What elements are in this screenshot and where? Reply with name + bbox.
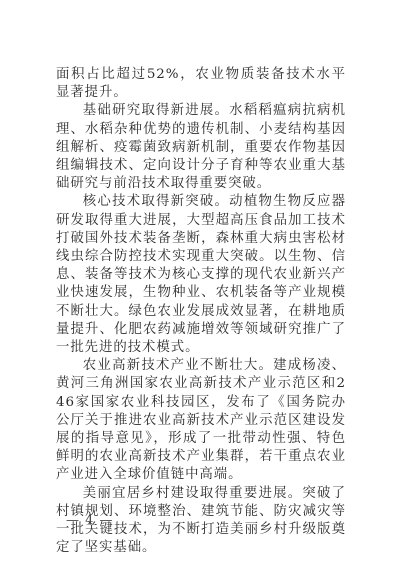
paragraph-core-technology: 核心技术取得新突破。动植物生物反应器研发取得重大进展，大型超高压食品加工技术打破… [56,193,346,357]
paragraph-basic-research: 基础研究取得新进展。水稻稻瘟病抗病机理、水稻杂种优势的遗传机制、小麦结构基因组解… [56,102,346,193]
paragraph-continuation: 面积占比超过52%，农业物质装备技术水平显著提升。 [56,66,346,102]
document-body: 面积占比超过52%，农业物质装备技术水平显著提升。 基础研究取得新进展。水稻稻瘟… [56,66,346,557]
page-number: — 4 — [66,513,114,528]
paragraph-high-tech-industry: 农业高新技术产业不断壮大。建成杨凌、黄河三角洲国家农业高新技术产业示范区和246… [56,357,346,484]
